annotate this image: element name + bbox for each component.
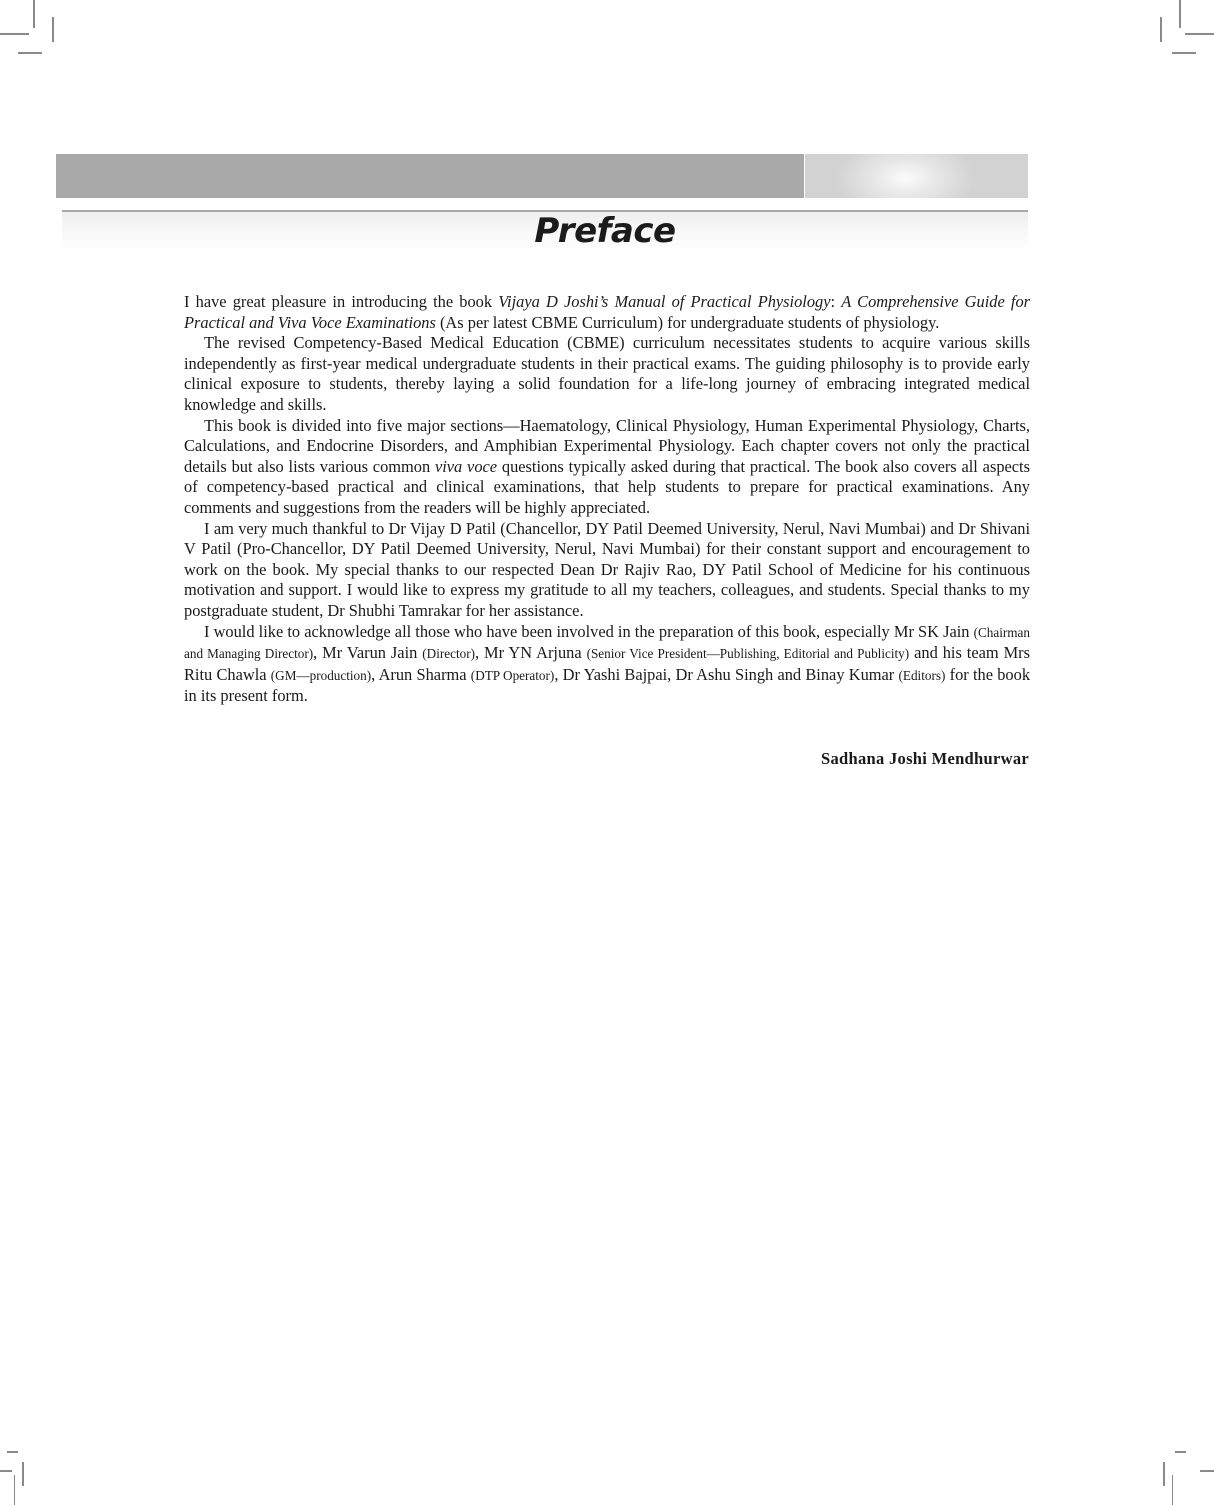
- header-band-highlight: [805, 154, 1028, 198]
- text-run: (Editors): [899, 668, 946, 683]
- crop-mark-bottom-left-h1: [7, 1451, 18, 1453]
- text-run: (GM—production): [271, 668, 371, 683]
- text-run: , Mr Varun Jain: [313, 643, 422, 662]
- text-run: I have great pleasure in introducing the…: [184, 292, 498, 311]
- text-run: I am very much thankful to Dr Vijay D Pa…: [184, 519, 1030, 620]
- paragraph-acknowledgements: I would like to acknowledge all those wh…: [184, 622, 1030, 707]
- preface-body: I have great pleasure in introducing the…: [184, 292, 1030, 707]
- crop-mark-bottom-left-h2: [0, 1470, 12, 1472]
- text-run: Vijaya D Joshi’s Manual of Practical Phy…: [498, 292, 830, 311]
- text-run: viva voce: [435, 457, 497, 476]
- text-run: The revised Competency-Based Medical Edu…: [184, 333, 1030, 414]
- paragraph-sections: This book is divided into five major sec…: [184, 416, 1030, 519]
- crop-mark-top-right-v1: [1179, 0, 1181, 28]
- text-run: , Dr Yashi Bajpai, Dr Ashu Singh and Bin…: [554, 665, 898, 684]
- crop-mark-bottom-right-v1: [1163, 1462, 1165, 1486]
- text-run: (Director): [422, 646, 475, 661]
- crop-mark-bottom-left-v2: [14, 1475, 15, 1505]
- crop-mark-top-right-h2: [1172, 52, 1196, 54]
- paragraph-intro: I have great pleasure in introducing the…: [184, 292, 1030, 333]
- text-run: , Mr YN Arjuna: [475, 643, 587, 662]
- crop-mark-top-left-v1: [33, 0, 35, 28]
- crop-mark-top-right-h1: [1185, 33, 1214, 35]
- header-band: [56, 154, 804, 198]
- author-signature: Sadhana Joshi Mendhurwar: [821, 749, 1029, 769]
- text-run: (DTP Operator): [471, 668, 555, 683]
- crop-mark-top-right-v2: [1160, 17, 1162, 42]
- crop-mark-top-left-h2: [18, 52, 42, 54]
- page-title: Preface: [90, 211, 1120, 251]
- crop-mark-bottom-right-h1: [1175, 1451, 1186, 1453]
- text-run: I would like to acknowledge all those wh…: [204, 622, 974, 641]
- paragraph-thanks: I am very much thankful to Dr Vijay D Pa…: [184, 519, 1030, 622]
- crop-mark-bottom-right-v2: [1172, 1475, 1173, 1505]
- crop-mark-top-left-v2: [52, 17, 54, 42]
- text-run: (Senior Vice President—Publishing, Edito…: [587, 646, 910, 661]
- paragraph-cbme: The revised Competency-Based Medical Edu…: [184, 333, 1030, 415]
- crop-mark-bottom-left-v1: [22, 1462, 24, 1486]
- crop-mark-top-left-h1: [0, 33, 29, 35]
- text-run: :: [831, 292, 842, 311]
- crop-mark-bottom-right-h2: [1200, 1470, 1214, 1472]
- text-run: , Arun Sharma: [371, 665, 471, 684]
- text-run: (As per latest CBME Curriculum) for unde…: [436, 313, 939, 332]
